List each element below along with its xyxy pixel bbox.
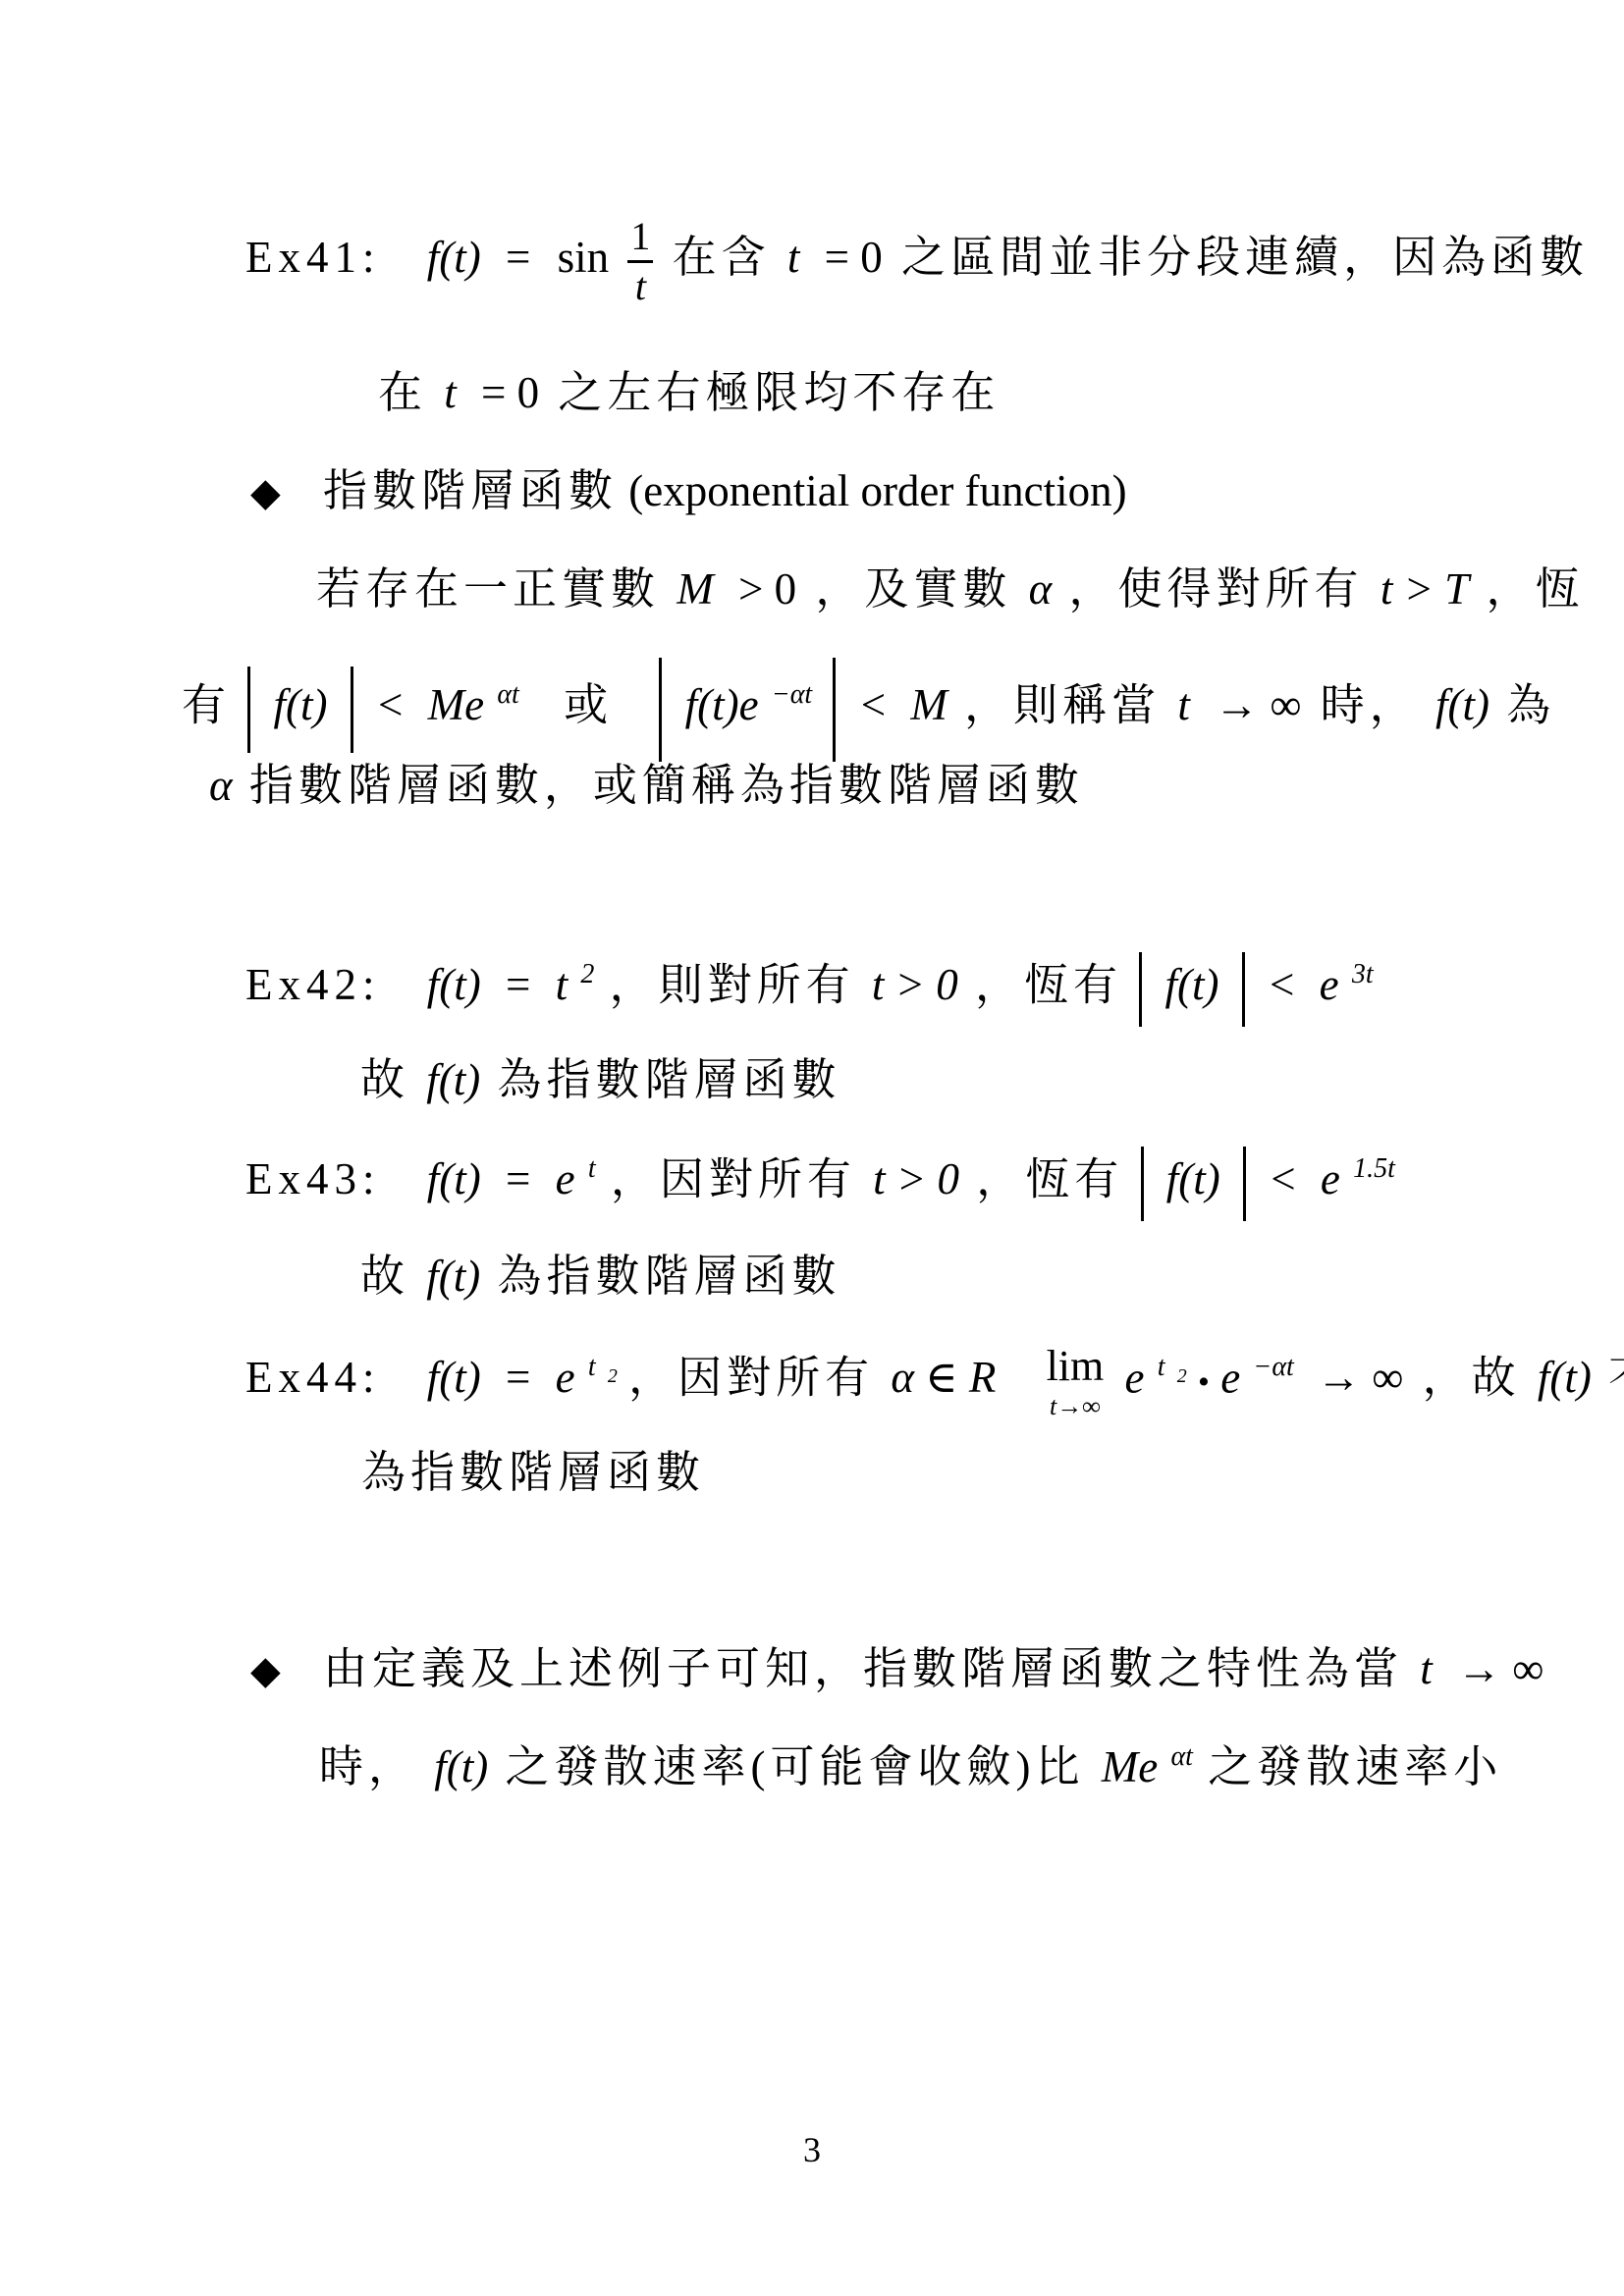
def-p3-text: 指數階層函數，或簡稱為指數階層函數 [249, 761, 1084, 810]
fraction-denominator: t [635, 266, 646, 307]
math-f-of-t: f(t) [1166, 1154, 1220, 1203]
exponent-t: t [588, 1338, 596, 1397]
ex44-line-2: 為指數階層函數 [361, 1443, 705, 1502]
limit-operator: lim t→∞ [1047, 1345, 1105, 1419]
lim-word: lim [1047, 1345, 1105, 1388]
math-f-of-t: f(t) [1538, 1353, 1592, 1402]
exponent-t: t [1158, 1338, 1165, 1397]
math-f-of-t: f(t) [1165, 960, 1219, 1009]
abs-bar [1141, 1147, 1144, 1221]
def-p2-text-a: 有 [182, 680, 231, 729]
ex44-text-c: 不 [1608, 1353, 1624, 1402]
def-p2-text-c: 時， [1321, 680, 1419, 729]
math-var-t: t [1177, 680, 1190, 729]
arrow-infinity: → ∞ [1215, 680, 1301, 729]
def-p1-text-d: ，恆 [1486, 564, 1584, 614]
ex42-line2-text-b: 為指數階層函數 [498, 1055, 841, 1104]
math-var-M: M [910, 680, 947, 729]
ex43-line-1: Ex43: f(t) = e t ，因對所有 t > 0 ，恆有 f(t) < … [245, 1147, 1399, 1221]
ex42-line-1: Ex42: f(t) = t 2 ，則對所有 t > 0 ，恆有 f(t) < … [245, 952, 1378, 1027]
remark-text-1: 由定義及上述例子可知，指數階層函數之特性為當 [323, 1644, 1403, 1693]
remark-line-2: 時， f(t) 之發散速率(可能會收斂)比 Me αt 之發散速率小 [319, 1737, 1502, 1803]
math-f-of-t: f(t) [426, 1055, 480, 1104]
math-var-e: e [556, 1353, 575, 1402]
def-p1-text-b: ，及實數 [815, 564, 1011, 614]
equals-sign: = [506, 1353, 530, 1402]
ex42-line2-text-a: 故 [360, 1055, 409, 1104]
exponent-t-squared: 2 [608, 1347, 618, 1406]
ex41-text-b: 之區間並非分段連續，因為函數 [901, 233, 1589, 282]
math-var-t: t [1420, 1644, 1433, 1693]
ex44-label: Ex44: [245, 1353, 381, 1402]
ex43-line-2: 故 f(t) 為指數階層函數 [360, 1247, 841, 1306]
diamond-bullet-icon: ◆ [250, 1648, 281, 1692]
def-p2-text-b: ，則稱當 [964, 680, 1161, 729]
less-than-sign: < [1271, 1154, 1295, 1203]
exponent-t-squared: 2 [1177, 1347, 1187, 1406]
math-f-of-t-e: f(t)e [685, 680, 759, 729]
exponent-2: 2 [580, 945, 594, 1004]
exponent-1point5t: 1.5t [1353, 1140, 1395, 1199]
multiplication-dot: • [1198, 1363, 1210, 1400]
equals-sign: = [506, 960, 530, 1009]
abs-bar [833, 658, 836, 762]
document-page: Ex41: f(t) = sin 1 t 在含 t = 0 之區間並非分段連續，… [0, 0, 1624, 2296]
exponent-3t: 3t [1352, 945, 1374, 1004]
less-than-sign: < [378, 680, 403, 729]
math-f-of-t: f(t) [274, 680, 328, 729]
math-f-of-t: f(t) [426, 1252, 480, 1301]
ex41-line2-text-b: 之左右極限均不存在 [558, 368, 1000, 417]
def-p2-text-d: 為 [1506, 680, 1555, 729]
math-eq-zero: = 0 [481, 368, 539, 417]
abs-bar [1139, 952, 1142, 1027]
diamond-bullet-icon: ◆ [250, 470, 281, 514]
math-var-e: e [1321, 1154, 1340, 1203]
math-f-of-t: f(t) [434, 1742, 488, 1791]
math-var-e: e [1125, 1353, 1145, 1402]
def-p2-or: 或 [564, 680, 613, 729]
exponent-t: t [588, 1140, 596, 1199]
abs-bar [1242, 952, 1245, 1027]
ex41-line2-text-a: 在 [378, 368, 427, 417]
ex41-line-1: Ex41: f(t) = sin 1 t 在含 t = 0 之區間並非分段連續，… [245, 216, 1589, 307]
exponent-alpha-t: αt [1170, 1728, 1192, 1787]
ex41-line-2: 在 t = 0 之左右極限均不存在 [378, 363, 1000, 422]
math-var-t: t [787, 233, 800, 282]
ex43-line2-text-b: 為指數階層函數 [498, 1252, 841, 1301]
math-f-of-t: f(t) [427, 960, 481, 1009]
math-Me: Me [428, 680, 484, 729]
remark-line2-text-c: 之發散速率小 [1208, 1742, 1502, 1791]
page-number: 3 [0, 2120, 1624, 2179]
remark-line-1: ◆ 由定義及上述例子可知，指數階層函數之特性為當 t → ∞ [250, 1639, 1551, 1700]
definition-title-en: (exponential order function) [628, 466, 1126, 515]
arrow-infinity: → ∞ [1317, 1353, 1403, 1402]
ex42-line-2: 故 f(t) 為指數階層函數 [360, 1050, 841, 1109]
equals-sign: = [506, 1154, 530, 1203]
math-var-M: M [677, 564, 714, 614]
ex43-text-a: ，因對所有 [611, 1154, 856, 1203]
ex42-label: Ex42: [245, 960, 381, 1009]
arrow-infinity: → ∞ [1457, 1644, 1543, 1693]
exponent-alpha-t: αt [497, 666, 518, 724]
fraction-numerator: 1 [630, 216, 650, 257]
fraction-one-over-t: 1 t [627, 216, 653, 307]
math-alpha-in-R: α ∈ R [891, 1353, 996, 1402]
math-var-alpha: α [209, 761, 233, 810]
math-eq-zero: = 0 [825, 233, 883, 282]
abs-bar [1243, 1147, 1246, 1221]
math-Me: Me [1102, 1742, 1158, 1791]
ex41-text-a: 在含 [673, 233, 771, 282]
math-t-gt-zero: t > 0 [872, 960, 958, 1009]
remark-line2-text-a: 時， [319, 1742, 417, 1791]
less-than-sign: < [861, 680, 886, 729]
exponent-neg-alpha-t: −αt [772, 666, 812, 724]
def-p1-text-a: 若存在一正實數 [316, 564, 660, 614]
lim-subscript: t→∞ [1050, 1394, 1101, 1419]
ex43-label: Ex43: [245, 1154, 381, 1203]
math-gt-zero: > 0 [738, 564, 796, 614]
ex44-line2-text: 為指數階層函數 [361, 1448, 705, 1497]
ex42-text-b: ，恆有 [975, 960, 1122, 1009]
exponent-neg-alpha-t: −αt [1253, 1338, 1293, 1397]
math-t-gt-zero: t > 0 [873, 1154, 959, 1203]
math-f-of-t: f(t) [427, 1353, 481, 1402]
math-var-alpha: α [1029, 564, 1053, 614]
definition-p2: 有 f(t) < Me αt 或 f(t)e −αt < M ，則稱當 t → … [182, 658, 1555, 762]
remark-line2-text-b: 之發散速率(可能會收斂)比 [506, 1742, 1085, 1791]
abs-bar [659, 658, 662, 762]
ex43-text-b: ，恆有 [976, 1154, 1123, 1203]
ex43-line2-text-a: 故 [360, 1252, 409, 1301]
math-var-t: t [444, 368, 457, 417]
sin-operator: sin [558, 233, 610, 282]
definition-title-zh: 指數階層函數 [323, 466, 618, 515]
math-var-e: e [556, 1154, 575, 1203]
ex41-label: Ex41: [245, 233, 381, 282]
ex42-text-a: ，則對所有 [610, 960, 855, 1009]
equals-sign: = [506, 233, 530, 282]
abs-bar [351, 667, 353, 753]
math-f-of-t: f(t) [427, 1154, 481, 1203]
def-p1-text-c: ，使得對所有 [1069, 564, 1364, 614]
definition-p3: α 指數階層函數，或簡稱為指數階層函數 [203, 756, 1084, 815]
math-f-of-t: f(t) [1435, 680, 1489, 729]
math-t-gt-T: t > T [1380, 564, 1469, 614]
math-var-t: t [556, 960, 568, 1009]
math-f-of-t: f(t) [427, 233, 481, 282]
ex44-line-1: Ex44: f(t) = e t 2 ，因對所有 α ∈ R lim t→∞ e… [245, 1345, 1624, 1419]
abs-bar [247, 667, 250, 753]
fraction-bar [627, 260, 653, 263]
math-var-e: e [1320, 960, 1339, 1009]
definition-title-line: ◆ 指數階層函數 (exponential order function) [250, 461, 1127, 522]
ex44-text-a: ，因對所有 [628, 1353, 874, 1402]
ex44-text-b: ，故 [1423, 1353, 1521, 1402]
math-var-e: e [1220, 1353, 1240, 1402]
less-than-sign: < [1270, 960, 1294, 1009]
definition-p1: 若存在一正實數 M > 0 ，及實數 α ，使得對所有 t > T ，恆 [316, 560, 1584, 618]
